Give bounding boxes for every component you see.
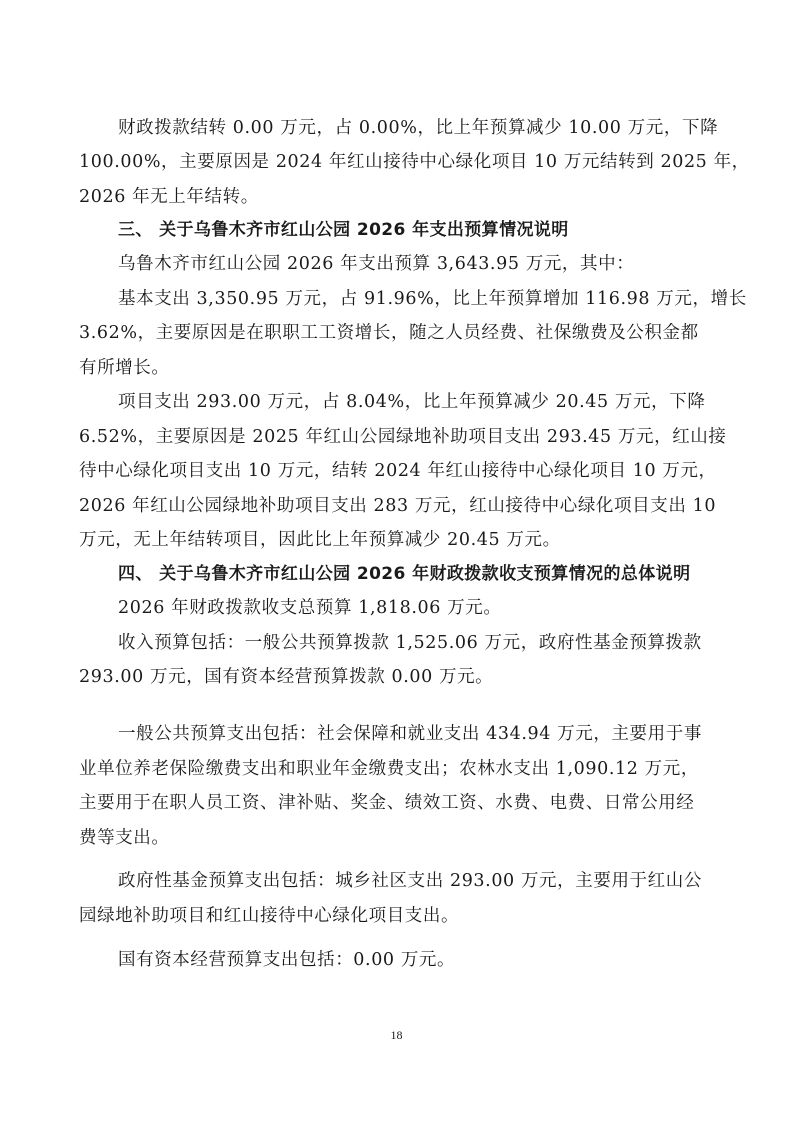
paragraph-line: 一般公共预算支出包括：社会保障和就业支出 434.94 万元，主要用于事 [118, 723, 793, 745]
paragraph-line: 基本支出 3,350.95 万元，占 91.96%，比上年预算增加 116.98… [118, 288, 793, 310]
paragraph-line: 国有资本经营预算支出包括：0.00 万元。 [118, 949, 793, 971]
paragraph-line: 乌鲁木齐市红山公园 2026 年支出预算 3,643.95 万元，其中： [118, 253, 793, 275]
paragraph-line: 100.00%，主要原因是 2024 年红山接待中心绿化项目 10 万元结转到 … [79, 151, 793, 173]
paragraph-line: 政府性基金预算支出包括：城乡社区支出 293.00 万元，主要用于红山公 [118, 870, 793, 892]
paragraph-line: 园绿地补助项目和红山接待中心绿化项目支出。 [79, 905, 793, 927]
paragraph-line: 293.00 万元，国有资本经营预算拨款 0.00 万元。 [79, 666, 793, 688]
section-heading-4: 四、 关于乌鲁木齐市红山公园 2026 年财政拨款收支预算情况的总体说明 [118, 563, 793, 585]
paragraph-line: 费等支出。 [79, 827, 793, 849]
paragraph-line: 待中心绿化项目支出 10 万元，结转 2024 年红山接待中心绿化项目 10 万… [79, 460, 793, 482]
paragraph-line: 2026 年红山公园绿地补助项目支出 283 万元，红山接待中心绿化项目支出 1… [79, 495, 793, 517]
paragraph-line: 有所增长。 [79, 357, 793, 379]
document-page: 财政拨款结转 0.00 万元，占 0.00%，比上年预算减少 10.00 万元，… [0, 0, 793, 1122]
paragraph-line: 主要用于在职人员工资、津补贴、奖金、绩效工资、水费、电费、日常公用经 [79, 792, 793, 814]
paragraph-line: 项目支出 293.00 万元，占 8.04%，比上年预算减少 20.45 万元，… [118, 391, 793, 413]
paragraph-line: 2026 年财政拨款收支总预算 1,818.06 万元。 [118, 597, 793, 619]
paragraph-line: 收入预算包括：一般公共预算拨款 1,525.06 万元，政府性基金预算拨款 [118, 632, 793, 654]
paragraph-line: 6.52%，主要原因是 2025 年红山公园绿地补助项目支出 293.45 万元… [79, 426, 793, 448]
page-number: 18 [0, 1028, 793, 1043]
paragraph-line: 财政拨款结转 0.00 万元，占 0.00%，比上年预算减少 10.00 万元，… [118, 117, 793, 139]
section-heading-3: 三、 关于乌鲁木齐市红山公园 2026 年支出预算情况说明 [118, 219, 793, 241]
paragraph-line: 2026 年无上年结转。 [79, 186, 793, 208]
paragraph-line: 万元，无上年结转项目，因此比上年预算减少 20.45 万元。 [79, 529, 793, 551]
paragraph-line: 业单位养老保险缴费支出和职业年金缴费支出；农林水支出 1,090.12 万元， [79, 758, 793, 780]
paragraph-line: 3.62%，主要原因是在职职工工资增长，随之人员经费、社保缴费及公积金都 [79, 322, 793, 344]
